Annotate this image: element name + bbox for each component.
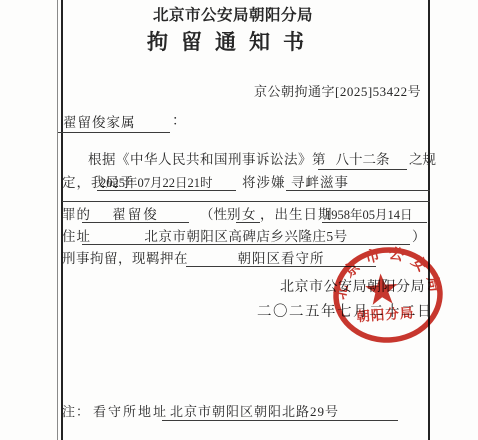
seal-bottom-text: 朝阳分局 xyxy=(356,304,415,324)
dob-label: ，出生日期 xyxy=(260,207,333,223)
detention-datetime-value: 2025年07月22日21时 xyxy=(100,176,213,191)
note-underline xyxy=(162,420,398,421)
dob-value: 1958年05月14日 xyxy=(325,208,413,223)
right-scan-edge-line xyxy=(428,0,430,440)
suspect-name-value: 翟留俊 xyxy=(82,207,189,223)
article-blank-underline xyxy=(318,169,407,170)
document-number: 京公朝拘通字[2025]53422号 xyxy=(254,84,421,100)
suspected-crime-value: 寻衅滋事 xyxy=(291,175,349,191)
address-value: 北京市朝阳区高碑店乡兴隆庄5号 xyxy=(82,229,410,245)
addressee-underline xyxy=(58,132,170,133)
gender-label: （性别 xyxy=(200,207,241,223)
detention-notice-document: 北京市公安局朝阳分局 拘留通知书 京公朝拘通字[2025]53422号 翟留俊家… xyxy=(0,0,478,440)
paren-close: ） xyxy=(412,229,426,245)
gender-value: 女 xyxy=(242,207,256,223)
document-title: 拘留通知书 xyxy=(147,30,317,55)
seal-star-icon xyxy=(364,272,398,305)
left-scan-edge-line xyxy=(57,0,58,440)
official-seal: 北京市公安局 朝阳分局 xyxy=(330,244,448,348)
note-field-label: 看守所地址 xyxy=(93,404,168,420)
addressee-colon: ： xyxy=(172,114,186,131)
issuer-header: 北京市公安局朝阳分局 xyxy=(153,7,313,26)
legal-basis-text: 根据《中华人民共和国刑事诉讼法》第 xyxy=(88,152,326,168)
legal-article-value: 八十二条 xyxy=(318,152,407,168)
detention-label: 刑事拘留，现羁押在 xyxy=(62,251,188,267)
note-value: 北京市朝阳区朝阳北路29号 xyxy=(170,404,339,420)
body-line2-infix: 将涉嫌 xyxy=(242,175,286,191)
crime-continuation-underline xyxy=(62,201,430,202)
note-label: 注： xyxy=(62,404,90,420)
addressee-name: 翟留俊家属 xyxy=(63,115,136,131)
legal-basis-text-cont: 之规 xyxy=(409,152,436,168)
